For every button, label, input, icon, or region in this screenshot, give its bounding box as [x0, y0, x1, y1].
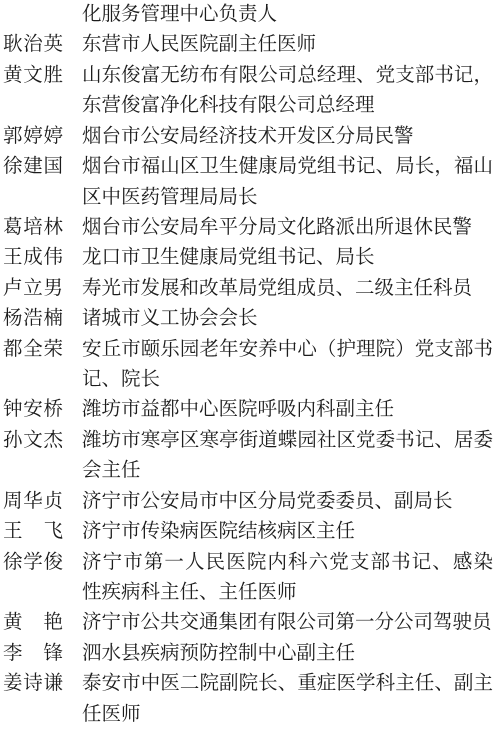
position-text: 烟台市福山区卫生健康局党组书记、局长，福山 区中医药管理局局长: [82, 152, 493, 213]
person-name: 徐学俊: [3, 548, 63, 578]
person-name: 郭婷婷: [3, 122, 63, 152]
person-name: 姜诗谦: [3, 669, 63, 699]
position-line: 烟台市福山区卫生健康局党组书记、局长，福山: [82, 152, 493, 182]
entry-row: 徐学俊 济宁市第一人民医院内科六党支部书记、感染 性疾病科主任、主任医师: [3, 548, 500, 609]
position-text: 东营市人民医院副主任医师: [82, 30, 493, 60]
position-text: 泰安市中医二院副院长、重症医学科主任、副主 任医师: [82, 669, 493, 730]
person-name: 耿治英: [3, 30, 63, 60]
entry-row: 黄艳 济宁市公共交通集团有限公司第一分公司驾驶员: [3, 608, 500, 638]
position-line: 安丘市颐乐园老年安养中心（护理院）党支部书: [82, 335, 493, 365]
position-text: 泗水县疾病预防控制中心副主任: [82, 639, 493, 669]
position-line: 山东俊富无纺布有限公司总经理、党支部书记，: [82, 61, 493, 91]
person-name: 卢立男: [3, 274, 63, 304]
position-line: 性疾病科主任、主任医师: [82, 578, 493, 608]
entry-row: 杨浩楠 诸城市义工协会会长: [3, 304, 500, 334]
person-name: 王飞: [3, 517, 63, 547]
entry-row: 李锋 泗水县疾病预防控制中心副主任: [3, 639, 500, 669]
person-name: 黄艳: [3, 608, 63, 638]
person-name: 王成伟: [3, 243, 63, 273]
position-line: 寿光市发展和改革局党组成员、二级主任科员: [82, 274, 493, 304]
position-text: 龙口市卫生健康局党组书记、局长: [82, 243, 493, 273]
position-line: 记、院长: [82, 365, 493, 395]
entry-row: 葛培林 烟台市公安局牟平分局文化路派出所退休民警: [3, 213, 500, 243]
position-line: 泰安市中医二院副院长、重症医学科主任、副主: [82, 669, 493, 699]
position-line: 烟台市公安局牟平分局文化路派出所退休民警: [82, 213, 493, 243]
position-line: 诸城市义工协会会长: [82, 304, 493, 334]
entry-row: 孙文杰 潍坊市寒亭区寒亭街道蝶园社区党委书记、居委 会主任: [3, 426, 500, 487]
position-line: 会主任: [82, 456, 493, 486]
person-name: 李锋: [3, 639, 63, 669]
position-text: 济宁市第一人民医院内科六党支部书记、感染 性疾病科主任、主任医师: [82, 548, 493, 609]
entry-row: 徐建国 烟台市福山区卫生健康局党组书记、局长，福山 区中医药管理局局长: [3, 152, 500, 213]
entry-row: 王成伟 龙口市卫生健康局党组书记、局长: [3, 243, 500, 273]
entry-row: 化服务管理中心负责人: [3, 0, 500, 30]
entry-row: 郭婷婷 烟台市公安局经济技术开发区分局民警: [3, 122, 500, 152]
person-name: 周华贞: [3, 487, 63, 517]
position-line: 区中医药管理局局长: [82, 183, 493, 213]
entry-row: 黄文胜 山东俊富无纺布有限公司总经理、党支部书记， 东营俊富净化科技有限公司总经…: [3, 61, 500, 122]
document-page: 化服务管理中心负责人 耿治英 东营市人民医院副主任医师 黄文胜 山东俊富无纺布有…: [0, 0, 500, 732]
position-text: 烟台市公安局牟平分局文化路派出所退休民警: [82, 213, 493, 243]
position-line: 潍坊市益都中心医院呼吸内科副主任: [82, 395, 493, 425]
person-name: 孙文杰: [3, 426, 63, 456]
position-text: 烟台市公安局经济技术开发区分局民警: [82, 122, 493, 152]
entry-row: 周华贞 济宁市公安局市中区分局党委委员、副局长: [3, 487, 500, 517]
position-line: 任医师: [82, 700, 493, 730]
person-name: 葛培林: [3, 213, 63, 243]
position-text: 诸城市义工协会会长: [82, 304, 493, 334]
position-line: 济宁市公安局市中区分局党委委员、副局长: [82, 487, 493, 517]
person-name: 钟安桥: [3, 395, 63, 425]
person-name: 杨浩楠: [3, 304, 63, 334]
entry-row: 卢立男 寿光市发展和改革局党组成员、二级主任科员: [3, 274, 500, 304]
person-name: 都全荣: [3, 335, 63, 365]
position-text: 济宁市公共交通集团有限公司第一分公司驾驶员: [82, 608, 493, 638]
position-line: 化服务管理中心负责人: [82, 0, 493, 30]
position-line: 东营市人民医院副主任医师: [82, 30, 493, 60]
position-text: 山东俊富无纺布有限公司总经理、党支部书记， 东营俊富净化科技有限公司总经理: [82, 61, 493, 122]
position-text: 潍坊市益都中心医院呼吸内科副主任: [82, 395, 493, 425]
position-line: 东营俊富净化科技有限公司总经理: [82, 91, 493, 121]
position-text: 安丘市颐乐园老年安养中心（护理院）党支部书 记、院长: [82, 335, 493, 396]
entry-row: 王飞 济宁市传染病医院结核病区主任: [3, 517, 500, 547]
position-line: 济宁市传染病医院结核病区主任: [82, 517, 493, 547]
position-line: 泗水县疾病预防控制中心副主任: [82, 639, 493, 669]
person-name: 徐建国: [3, 152, 63, 182]
entry-row: 都全荣 安丘市颐乐园老年安养中心（护理院）党支部书 记、院长: [3, 335, 500, 396]
entry-row: 钟安桥 潍坊市益都中心医院呼吸内科副主任: [3, 395, 500, 425]
position-text: 潍坊市寒亭区寒亭街道蝶园社区党委书记、居委 会主任: [82, 426, 493, 487]
position-line: 龙口市卫生健康局党组书记、局长: [82, 243, 493, 273]
position-line: 济宁市第一人民医院内科六党支部书记、感染: [82, 548, 493, 578]
position-line: 济宁市公共交通集团有限公司第一分公司驾驶员: [82, 608, 493, 638]
position-text: 寿光市发展和改革局党组成员、二级主任科员: [82, 274, 493, 304]
position-text: 化服务管理中心负责人: [82, 0, 493, 30]
entry-row: 姜诗谦 泰安市中医二院副院长、重症医学科主任、副主 任医师: [3, 669, 500, 730]
person-name: 黄文胜: [3, 61, 63, 91]
position-line: 潍坊市寒亭区寒亭街道蝶园社区党委书记、居委: [82, 426, 493, 456]
entry-row: 耿治英 东营市人民医院副主任医师: [3, 30, 500, 60]
position-line: 烟台市公安局经济技术开发区分局民警: [82, 122, 493, 152]
position-text: 济宁市传染病医院结核病区主任: [82, 517, 493, 547]
position-text: 济宁市公安局市中区分局党委委员、副局长: [82, 487, 493, 517]
